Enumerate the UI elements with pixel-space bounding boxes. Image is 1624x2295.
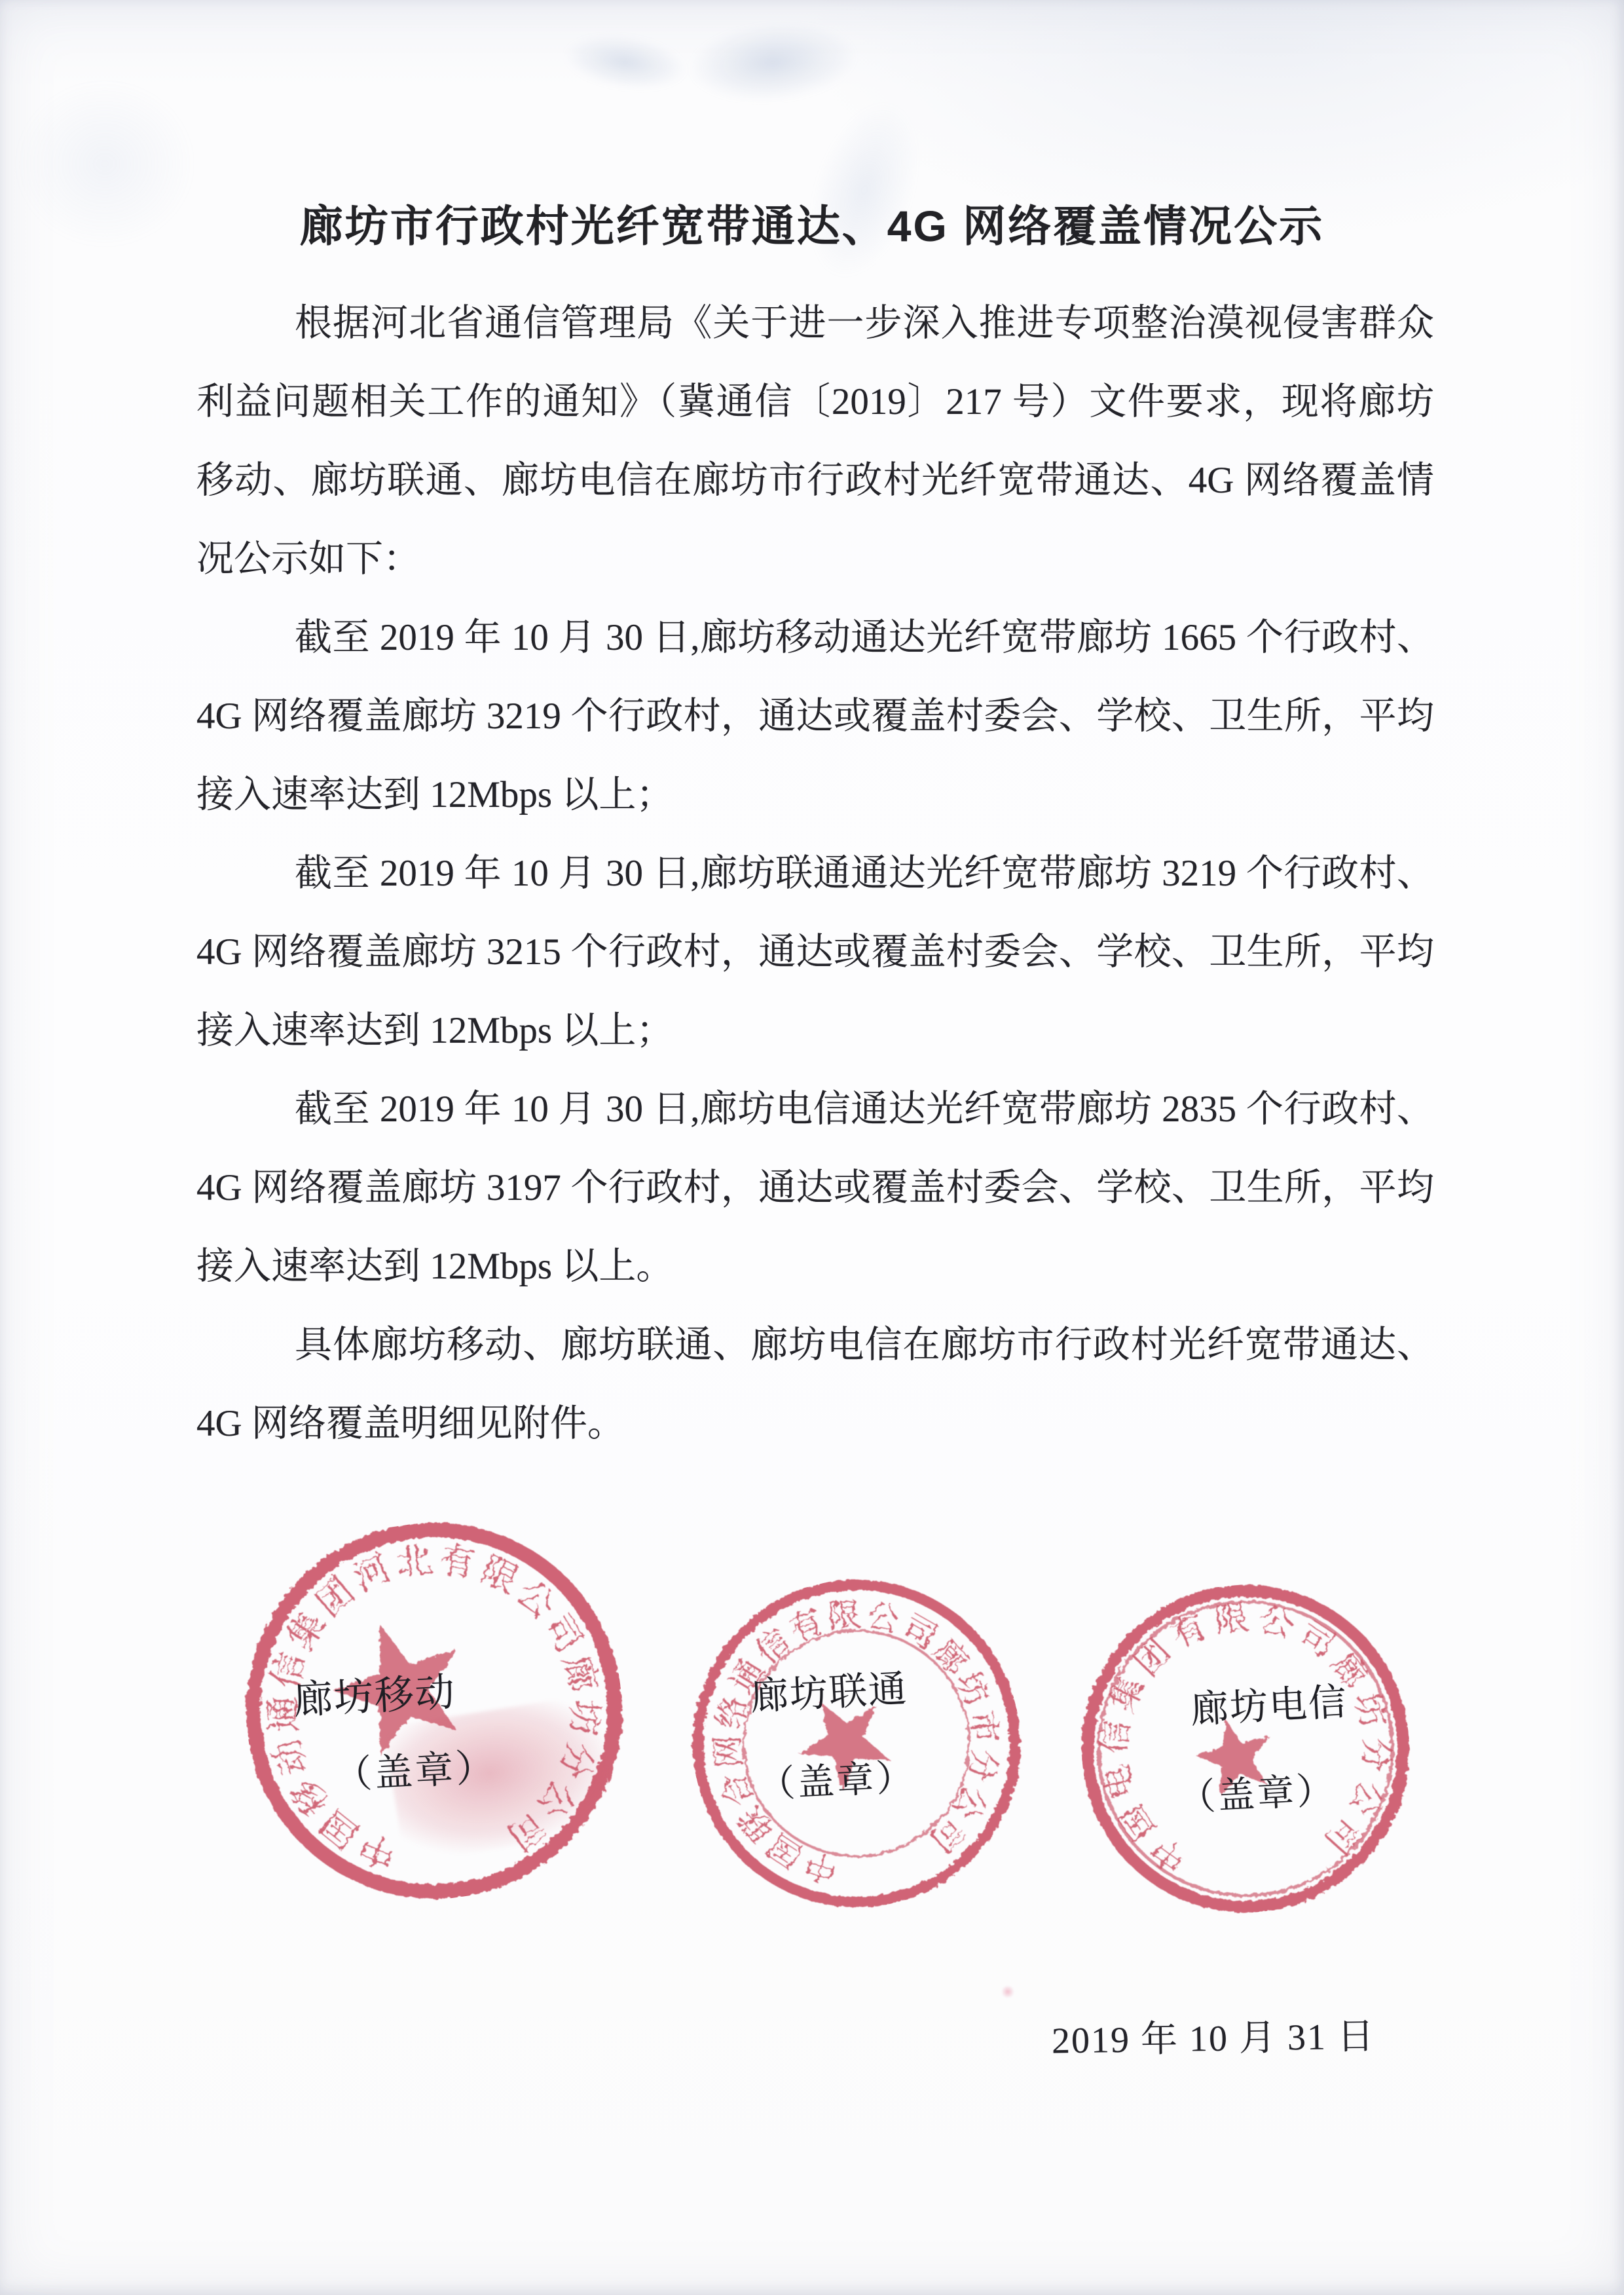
- svg-text:北: 北: [394, 1539, 435, 1584]
- body-line: 利益问题相关工作的通知》（冀通信〔2019〕217 号）文件要求，现将廊坊: [196, 363, 1434, 441]
- bleedthrough-mark: [684, 16, 860, 109]
- svg-text:坊: 坊: [1346, 1689, 1392, 1732]
- svg-text:公: 公: [863, 1597, 903, 1639]
- body-line: 截至 2019 年 10 月 30 日,廊坊电信通达光纤宽带廊坊 2835 个行…: [196, 1070, 1434, 1149]
- body-line: 况公示如下：: [196, 520, 1434, 599]
- seal-gaizhang-telecom: （盖章）: [1178, 1772, 1337, 1817]
- body-line: 4G 网络覆盖廊坊 3215 个行政村，通达或覆盖村委会、学校、卫生所，平均: [196, 913, 1434, 992]
- seal-china-telecom: 中国电信集团有限公司廊坊分公司: [1065, 1569, 1426, 1929]
- body-line: 4G 网络覆盖廊坊 3197 个行政村，通达或覆盖村委会、学校、卫生所，平均: [196, 1149, 1434, 1227]
- seal-label-telecom: 廊坊电信: [1190, 1683, 1349, 1729]
- round-seal-graphic: 中国联合网络通信有限公司廊坊市分公司: [658, 1545, 1055, 1942]
- body-line: 截至 2019 年 10 月 30 日,廊坊移动通达光纤宽带廊坊 1665 个行…: [196, 599, 1434, 677]
- svg-text:市: 市: [963, 1708, 1004, 1745]
- body-line: 移动、廊坊联通、廊坊电信在廊坊市行政村光纤宽带通达、4G 网络覆盖情: [196, 441, 1434, 520]
- body-line: 根据河北省通信管理局《关于进一步深入推进专项整治漠视侵害群众: [196, 284, 1434, 363]
- svg-text:公: 公: [1255, 1601, 1297, 1645]
- seal-gaizhang-mobile: （盖章）: [333, 1749, 498, 1795]
- issue-date: 2019 年 10 月 31 日: [1052, 2019, 1376, 2060]
- seal-gaizhang-unicom: （盖章）: [758, 1759, 917, 1804]
- svg-text:限: 限: [826, 1596, 862, 1636]
- svg-text:廊: 廊: [557, 1651, 604, 1696]
- svg-text:中: 中: [800, 1845, 841, 1890]
- seal-label-mobile: 廊坊移动: [293, 1673, 457, 1721]
- svg-text:网: 网: [709, 1734, 748, 1769]
- body-line: 接入速率达到 12Mbps 以上。: [196, 1227, 1434, 1306]
- body-line: 截至 2019 年 10 月 30 日,廊坊联通通达光纤宽带廊坊 3219 个行…: [196, 834, 1434, 913]
- svg-text:分: 分: [962, 1747, 1004, 1785]
- svg-text:合: 合: [714, 1768, 760, 1812]
- svg-text:限: 限: [1213, 1599, 1251, 1640]
- seal-label-unicom: 廊坊联通: [750, 1670, 909, 1716]
- svg-text:络: 络: [710, 1692, 754, 1733]
- body-line: 具体廊坊移动、廊坊联通、廊坊电信在廊坊市行政村光纤宽带通达、: [196, 1306, 1434, 1385]
- svg-text:电: 电: [1098, 1761, 1142, 1803]
- body-line: 4G 网络覆盖廊坊 3219 个行政村，通达或覆盖村委会、学校、卫生所，平均: [196, 677, 1434, 756]
- seal-china-unicom: 中国联合网络通信有限公司廊坊市分公司: [658, 1545, 1055, 1942]
- svg-text:信: 信: [1096, 1719, 1136, 1756]
- round-seal-graphic: 中国电信集团有限公司廊坊分公司: [1065, 1569, 1426, 1929]
- body-line: 接入速率达到 12Mbps 以上；: [196, 992, 1434, 1070]
- svg-text:公: 公: [1342, 1775, 1389, 1821]
- body-line: 4G 网络覆盖明细见附件。: [196, 1385, 1434, 1463]
- svg-text:有: 有: [437, 1539, 479, 1584]
- bleedthrough-mark: [560, 28, 690, 97]
- bleedthrough-mark: [789, 88, 939, 293]
- svg-text:动: 动: [267, 1734, 316, 1780]
- scanned-notice-page: 廊坊市行政村光纤宽带通达、4G 网络覆盖情况公示 根据河北省通信管理局《关于进一…: [0, 0, 1624, 2295]
- svg-text:分: 分: [1356, 1736, 1394, 1772]
- notice-title: 廊坊市行政村光纤宽带通达、4G 网络覆盖情况公示: [0, 191, 1624, 253]
- body-line: 接入速率达到 12Mbps 以上；: [196, 756, 1434, 834]
- stray-ink-mark: [1001, 1986, 1015, 1998]
- svg-text:有: 有: [784, 1602, 828, 1649]
